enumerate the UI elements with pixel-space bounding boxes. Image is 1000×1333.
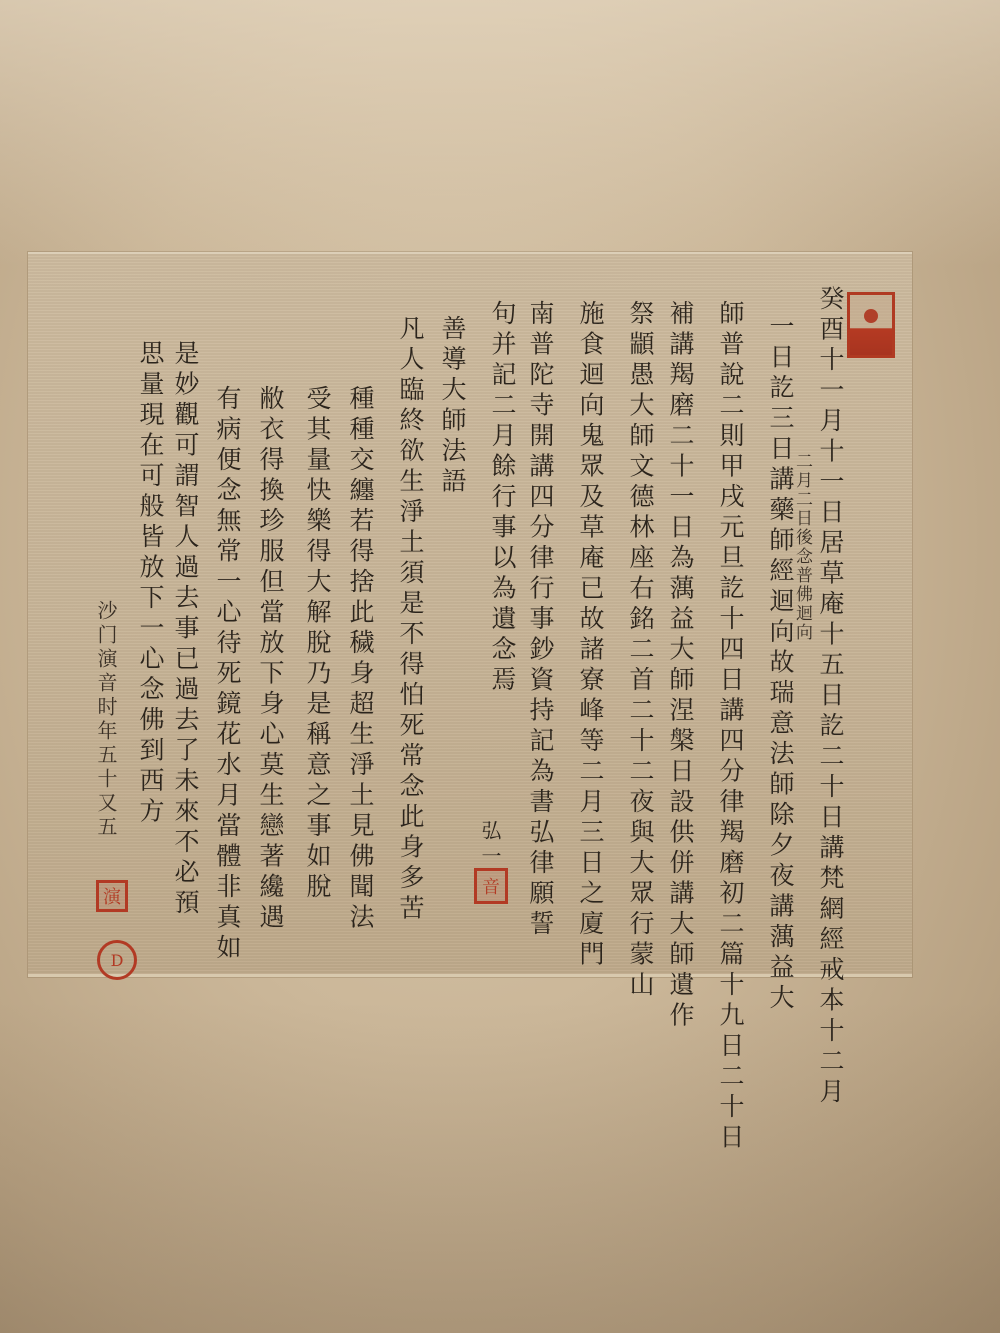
seal-round-icon: D	[97, 940, 137, 980]
signature-yanyin: 沙门演音时年五十又五	[96, 600, 116, 840]
text-column-4: 補講羯磨二十一日為蕅益大師涅槃日設供併講大師遺作	[668, 300, 693, 1032]
text-column-15: 有病便念無常一心待死鏡花水月當體非真如	[215, 385, 240, 965]
text-column-3: 師普說二則甲戌元旦訖十四日講四分律羯磨初二篇十九日二十日	[718, 300, 743, 1154]
text-column-16: 是妙觀可謂智人過去事已過去了未來不必預	[173, 340, 198, 920]
signature-hongyi: 弘一	[480, 820, 500, 871]
text-heading: 善導大師法語	[440, 315, 465, 498]
buddha-seal-icon	[847, 292, 895, 358]
text-column-5: 祭顓愚大師文德林座右銘二首二十二夜與大眾行蒙山	[628, 300, 653, 1002]
text-column-12: 種種交纏若得捨此穢身超生淨土見佛聞法	[348, 385, 373, 934]
text-column-6: 施食迴向鬼眾及草庵已故諸寮峰等二月三日之廈門	[578, 300, 603, 971]
text-column-13: 受其量快樂得大解脫乃是稱意之事如脫	[305, 385, 330, 904]
text-annotation: 二月二日後念普佛迴向	[793, 452, 810, 642]
seal-square-icon: 演	[96, 880, 128, 912]
text-column-14: 敝衣得換珍服但當放下身心莫生戀著纔遇	[258, 385, 283, 934]
text-column-1: 癸酉十一月十一日居草庵十五日訖二十日講梵網經戒本十二月	[818, 285, 843, 1109]
text-column-2: 一日訖三日講藥師經迴向故瑞意法師除夕夜講蕅益大	[768, 313, 793, 1015]
text-column-7: 南普陀寺開講四分律行事鈔資持記為書弘律願誓	[528, 300, 553, 941]
seal-hongyi-icon: 音	[474, 868, 508, 904]
text-column-11: 凡人臨終欲生淨土須是不得怕死常念此身多苦	[398, 315, 423, 925]
text-column-17: 思量現在可般皆放下一心念佛到西方	[138, 340, 163, 828]
text-column-8: 句并記二月餘行事以為遺念焉	[490, 300, 515, 697]
